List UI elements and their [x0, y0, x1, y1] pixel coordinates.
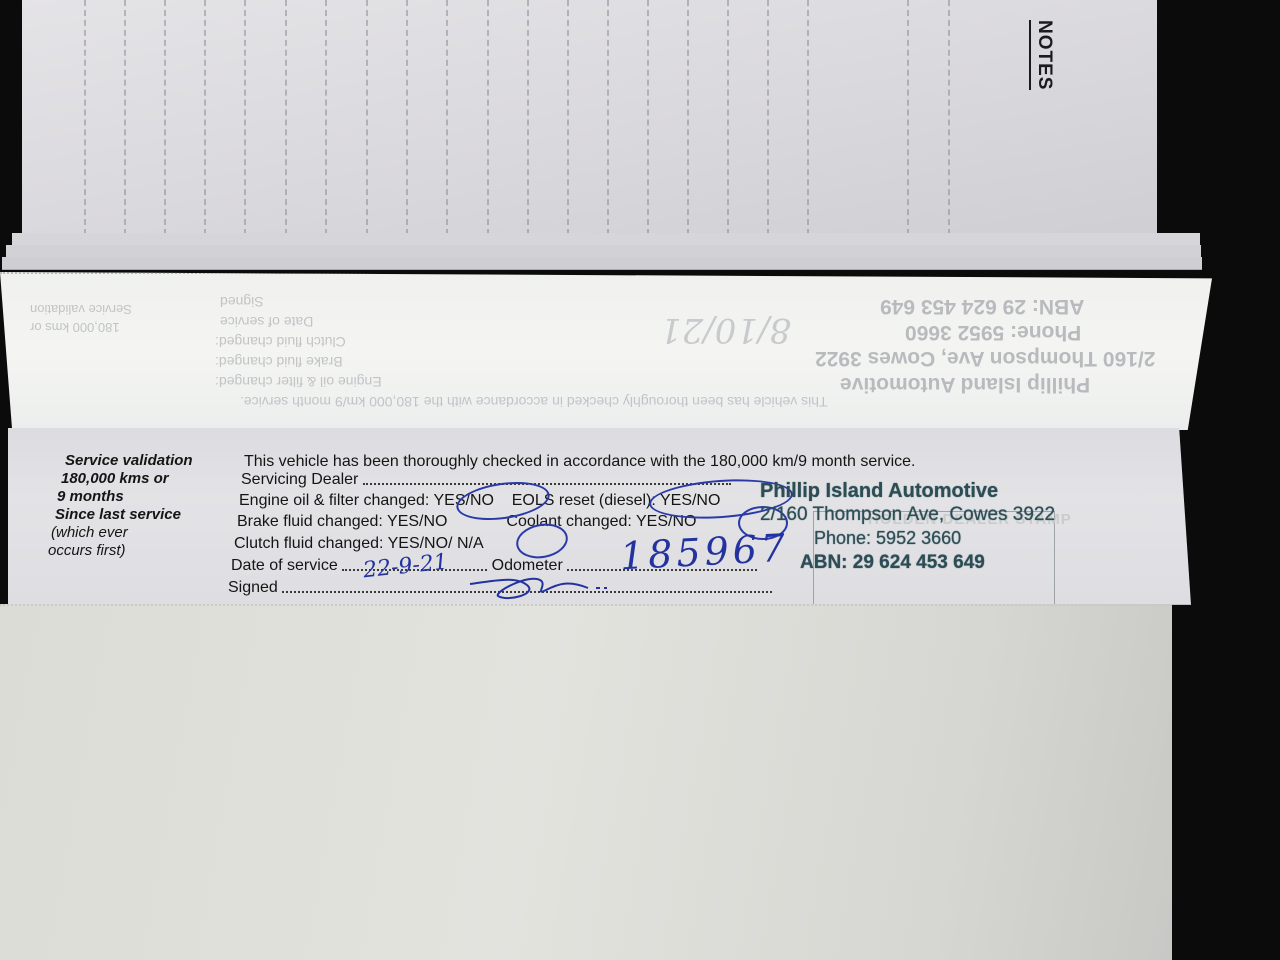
- previous-service-coupon-flipped: ABN: 29 624 453 649 Phone: 5952 3660 2/1…: [0, 272, 1212, 430]
- flipped-clutch-label: Clutch fluid changed:: [215, 334, 346, 350]
- dashed-line: [285, 0, 287, 235]
- dashed-line: [807, 0, 809, 235]
- brake-fluid-label: Brake fluid changed:: [237, 513, 383, 530]
- dashed-line: [164, 0, 166, 235]
- flipped-stamp-name: Phillip Island Automotive: [840, 372, 1090, 396]
- dashed-line: [767, 0, 769, 235]
- handwritten-odometer: 185967: [619, 526, 790, 579]
- dashed-line: [204, 0, 206, 235]
- dashed-line: [948, 0, 950, 235]
- dashed-line: [907, 0, 909, 235]
- dashed-line: [607, 0, 609, 235]
- dashed-line: [124, 0, 126, 235]
- flipped-signed-label: Signed: [220, 294, 264, 310]
- eols-qualifier: (diesel):: [599, 492, 656, 509]
- dashed-line: [567, 0, 569, 235]
- dashed-line: [366, 0, 368, 235]
- stamp-business-name: Phillip Island Automotive: [760, 480, 998, 503]
- flipped-left-heading: Service validation: [30, 302, 132, 317]
- stamp-address: 2/160 Thompson Ave, Cowes 3922: [760, 504, 1055, 526]
- stamp-phone: Phone: 5952 3660: [814, 528, 961, 549]
- date-of-service-label: Date of service: [231, 557, 338, 574]
- dashed-line: [84, 0, 86, 235]
- coolant-label: Coolant changed:: [506, 513, 631, 530]
- clutch-fluid-options: YES/NO/ N/A: [388, 535, 484, 552]
- flipped-handwritten-date: 8/10/21: [660, 310, 791, 350]
- notes-page: NOTES: [22, 0, 1157, 245]
- stamp-abn: ABN: 29 624 453 649: [800, 552, 985, 574]
- flipped-left-heading: 180,000 kms or: [30, 320, 120, 335]
- heading-line: (which ever: [48, 524, 193, 542]
- heading-line: Since last service: [48, 506, 193, 524]
- heading-line: 9 months: [48, 488, 193, 506]
- page-edge: [2, 257, 1202, 270]
- signed-label: Signed: [228, 579, 278, 596]
- heading-line: 180,000 kms or: [48, 470, 193, 488]
- service-validation-coupon: Service validation 180,000 kms or 9 mont…: [8, 428, 1191, 605]
- flipped-stamp-abn: ABN: 29 624 453 649: [880, 294, 1084, 318]
- dashed-line: [687, 0, 689, 235]
- service-statement: This vehicle has been thoroughly checked…: [244, 453, 916, 471]
- dashed-line: [406, 0, 408, 235]
- dashed-line: [727, 0, 729, 235]
- dashed-line: [527, 0, 529, 235]
- flipped-stamp-address: 2/160 Thompson Ave, Cowes 3922: [815, 346, 1155, 370]
- heading-line: Service validation: [48, 452, 193, 470]
- engine-oil-label: Engine oil & filter changed:: [239, 492, 429, 509]
- servicing-dealer-label: Servicing Dealer: [241, 471, 358, 488]
- flipped-brake-label: Brake fluid changed:: [215, 354, 343, 370]
- flipped-date-label: Date of service: [220, 314, 313, 330]
- dashed-line: [487, 0, 489, 235]
- brake-fluid-options: YES/NO: [387, 513, 447, 530]
- flipped-statement: This vehicle has been thoroughly checked…: [240, 394, 828, 410]
- flipped-engine-label: Engine oil & filter changed:: [215, 374, 382, 390]
- dashed-line: [325, 0, 327, 235]
- flipped-stamp-phone: Phone: 5952 3660: [905, 320, 1081, 344]
- heading-line: occurs first): [48, 542, 193, 560]
- service-interval-heading: Service validation 180,000 kms or 9 mont…: [48, 452, 193, 560]
- signature-scribble: [468, 566, 618, 606]
- dashed-line: [244, 0, 246, 235]
- clutch-fluid-label: Clutch fluid changed:: [234, 535, 383, 552]
- dashed-line: [446, 0, 448, 235]
- servicing-dealer-line: [363, 482, 731, 485]
- dashed-line: [647, 0, 649, 235]
- notes-heading: NOTES: [1029, 20, 1055, 90]
- blank-page: [0, 604, 1172, 960]
